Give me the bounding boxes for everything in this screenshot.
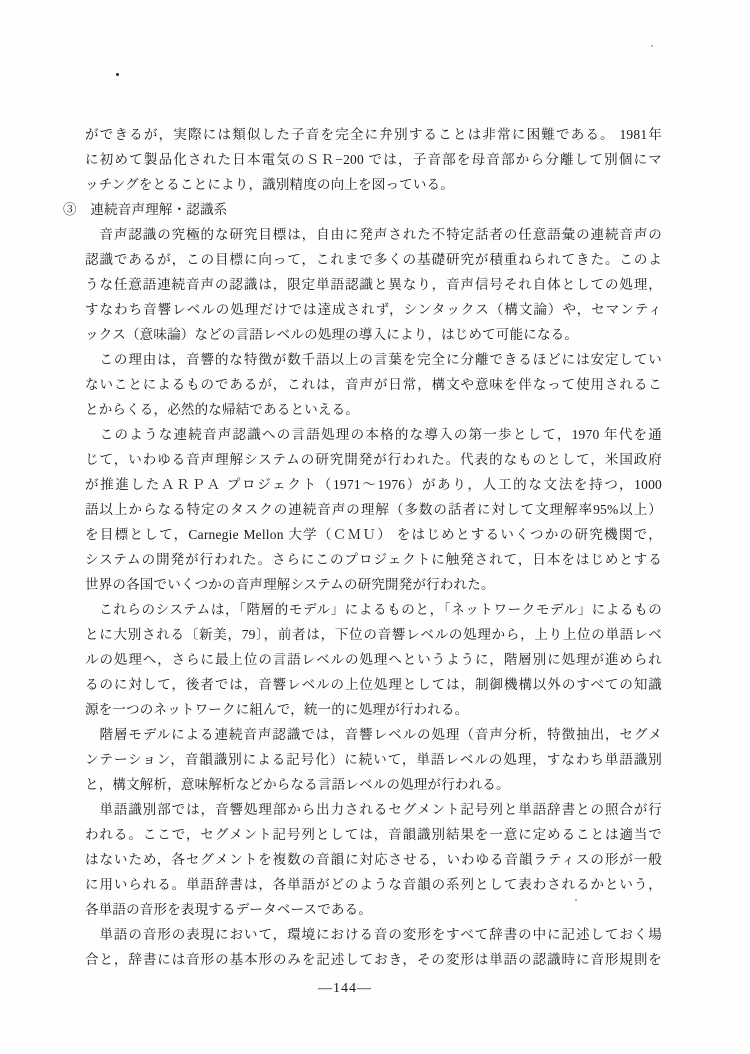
text-line: うな任意語連続音声の認識は，限定単語認識と異なり，音声信号それ自体としての処理， bbox=[85, 272, 662, 297]
text-line: に初めて製品化された日本電気のＳＲ−200 では，子音部を母音部から分離して別個… bbox=[85, 147, 662, 172]
text-line: ックス（意味論）などの言語レベルの処理の導入により，はじめて可能になる。 bbox=[85, 322, 662, 347]
text-line: このような連続音声認識への言語処理の本格的な導入の第一歩として，1970 年代を… bbox=[85, 422, 662, 447]
scanned-document-page: ができるが，実際には類似した子音を完全に弁別することは非常に困難である。 198… bbox=[0, 0, 750, 1054]
text-line: とに大別される〔新美，79〕，前者は，下位の音響レベルの処理から，上り上位の単語… bbox=[85, 622, 662, 647]
text-line: じて，いわゆる音声理解システムの研究開発が行われた。代表的なものとして，米国政府 bbox=[85, 447, 662, 472]
text-line: ないことによるものであるが，これは，音声が日常，構文や意味を伴なって使用されるこ bbox=[85, 372, 662, 397]
text-line: ンテーション，音韻識別による記号化）に続いて，単語レベルの処理，すなわち単語識別 bbox=[85, 747, 662, 772]
text-line: 認識であるが，この目標に向って，これまで多くの基礎研究が積重ねられてきた。このよ bbox=[85, 247, 662, 272]
text-line: すなわち音響レベルの処理だけでは達成されず，シンタックス（構文論）や，セマンティ bbox=[85, 297, 662, 322]
text-line: ッチングをとることにより，識別精度の向上を図っている。 bbox=[85, 172, 662, 197]
text-line: 階層モデルによる連続音声認識では，音響レベルの処理（音声分析，特徴抽出，セグメ bbox=[85, 722, 662, 747]
text-line: システムの開発が行われた。さらにこのプロジェクトに触発されて，日本をはじめとする bbox=[85, 547, 662, 572]
scan-speck bbox=[116, 73, 119, 76]
text-line: を目標として，Carnegie Mellon 大学（ＣＭＵ） をはじめとするいく… bbox=[85, 522, 662, 547]
text-line: われる。ここで，セグメント記号列としては，音韻識別結果を一意に定めることは適当で bbox=[85, 822, 662, 847]
text-line: 音声認識の究極的な研究目標は，自由に発声された不特定話者の任意語彙の連続音声の bbox=[85, 222, 662, 247]
text-line: はないため，各セグメントを複数の音韻に対応させる，いわゆる音韻ラティスの形が一般 bbox=[85, 847, 662, 872]
text-line: 世界の各国でいくつかの音声理解システムの研究開発が行われた。 bbox=[85, 572, 662, 597]
text-line: 合と，辞書には音形の基本形のみを記述しておき，その変形は単語の認識時に音形規則を bbox=[85, 947, 662, 972]
text-line: るのに対して，後者では，音響レベルの上位処理としては，制御機構以外のすべての知識 bbox=[85, 672, 662, 697]
scan-speck bbox=[651, 45, 653, 47]
text-line: 単語の音形の表現において，環境における音の変形をすべて辞書の中に記述しておく場 bbox=[85, 922, 662, 947]
text-line: 各単語の音形を表現するデータベースである。 bbox=[85, 897, 662, 922]
text-line: この理由は，音響的な特徴が数千語以上の言葉を完全に分離できるほどには安定してい bbox=[85, 347, 662, 372]
text-line: に用いられる。単語辞書は，各単語がどのような音韻の系列として表わされるかという， bbox=[85, 872, 662, 897]
text-line: とからくる，必然的な帰結であるといえる。 bbox=[85, 397, 662, 422]
text-line: 語以上からなる特定のタスクの連続音声の理解（多数の話者に対して文理解率95%以上… bbox=[85, 497, 662, 522]
text-line: 源を一つのネットワークに組んで，統一的に処理が行われる。 bbox=[85, 697, 662, 722]
body-text: ができるが，実際には類似した子音を完全に弁別することは非常に困難である。 198… bbox=[85, 122, 662, 972]
page-number: —144— bbox=[0, 981, 690, 997]
text-line: ルの処理へ，さらに最上位の言語レベルの処理へというように，階層別に処理が進められ bbox=[85, 647, 662, 672]
text-line: が推進したＡＲＰＡ プロジェクト（1971〜1976）があり，人工的な文法を持つ… bbox=[85, 472, 662, 497]
text-line: 単語識別部では，音響処理部から出力されるセグメント記号列と単語辞書との照合が行 bbox=[85, 797, 662, 822]
text-line: ③ 連続音声理解・認識系 bbox=[63, 197, 662, 222]
text-line: これらのシステムは，「階層的モデル」によるものと，「ネットワークモデル」によるも… bbox=[85, 597, 662, 622]
text-line: と，構文解析，意味解析などからなる言語レベルの処理が行われる。 bbox=[85, 772, 662, 797]
text-line: ができるが，実際には類似した子音を完全に弁別することは非常に困難である。 198… bbox=[85, 122, 662, 147]
